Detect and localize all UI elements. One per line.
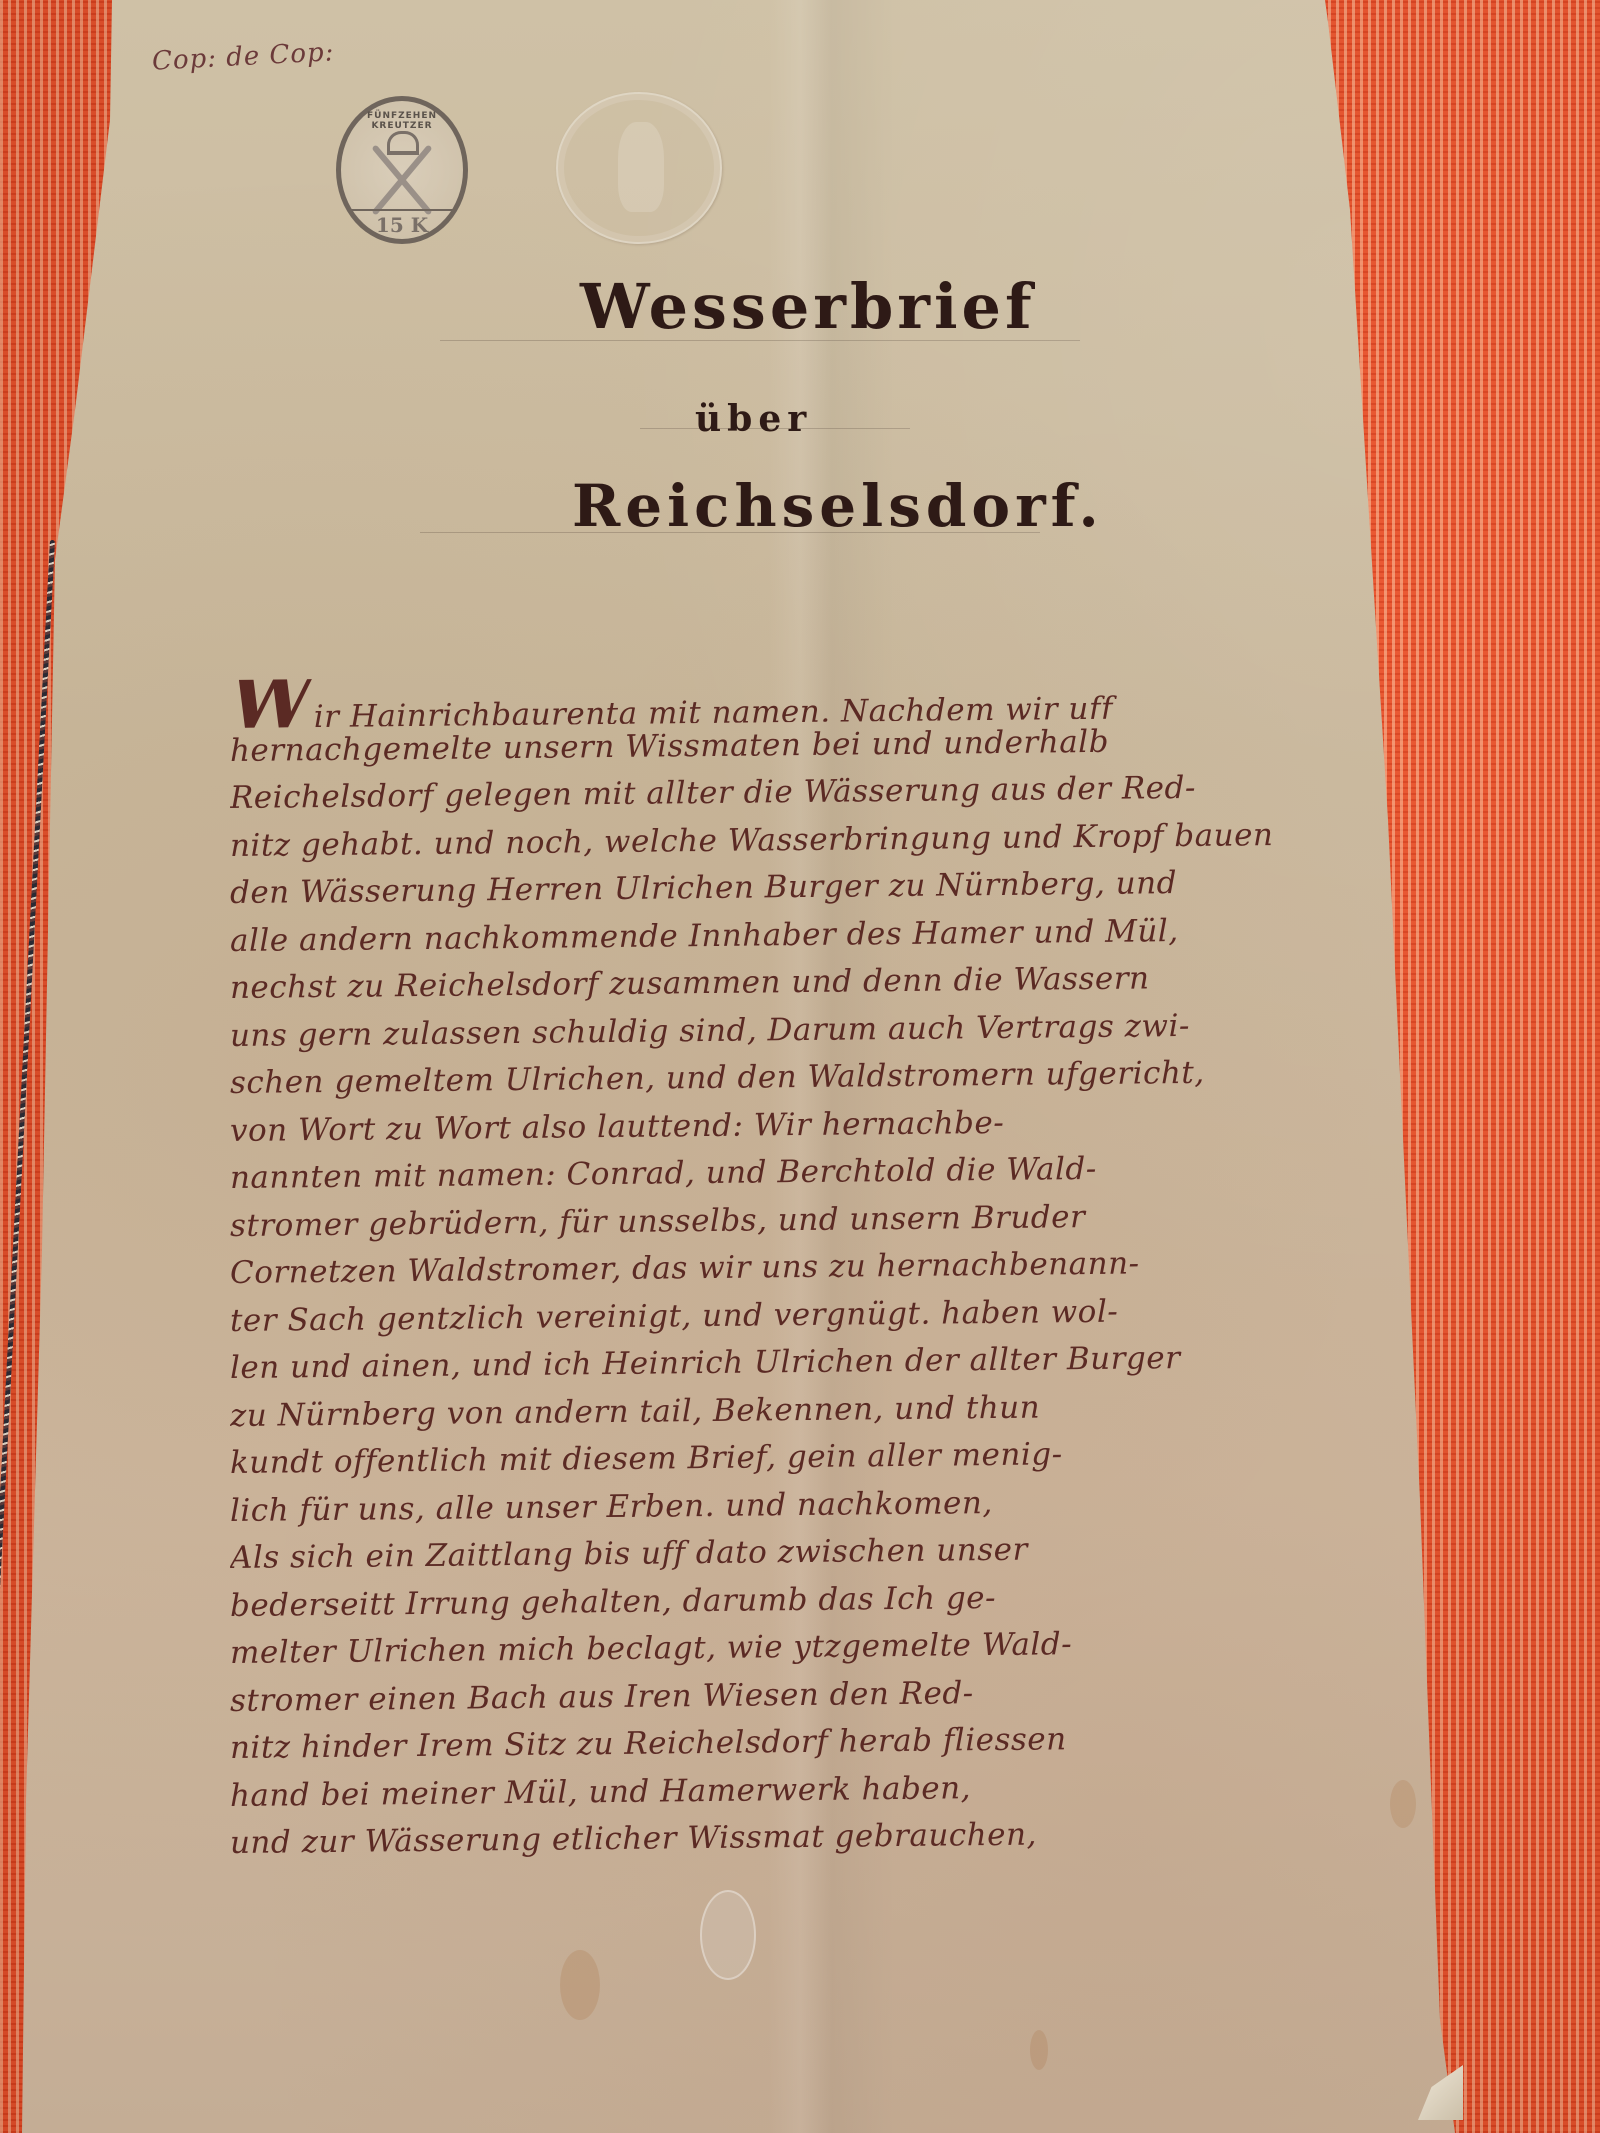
document-title: Wesserbrief (580, 270, 1036, 343)
stamp-legend: FÜNFZEHEN KREUTZER (341, 111, 463, 131)
tax-stamp: FÜNFZEHEN KREUTZER 15 K (336, 96, 468, 244)
water-stain (1030, 2030, 1048, 2070)
water-stain (1390, 1780, 1416, 1828)
water-stain (560, 1950, 600, 2020)
document-subtitle: über (695, 398, 812, 440)
small-oval-seal (700, 1890, 756, 1980)
embossed-eagle-seal (556, 92, 722, 244)
crown-icon (387, 131, 419, 155)
eagle-icon (618, 122, 664, 212)
document-place: Reichselsdorf. (572, 472, 1104, 540)
stamp-value: 15 K (341, 213, 463, 237)
handwritten-body: Wir Hainrichbaurenta mit namen. Nachdem … (230, 680, 1380, 1868)
